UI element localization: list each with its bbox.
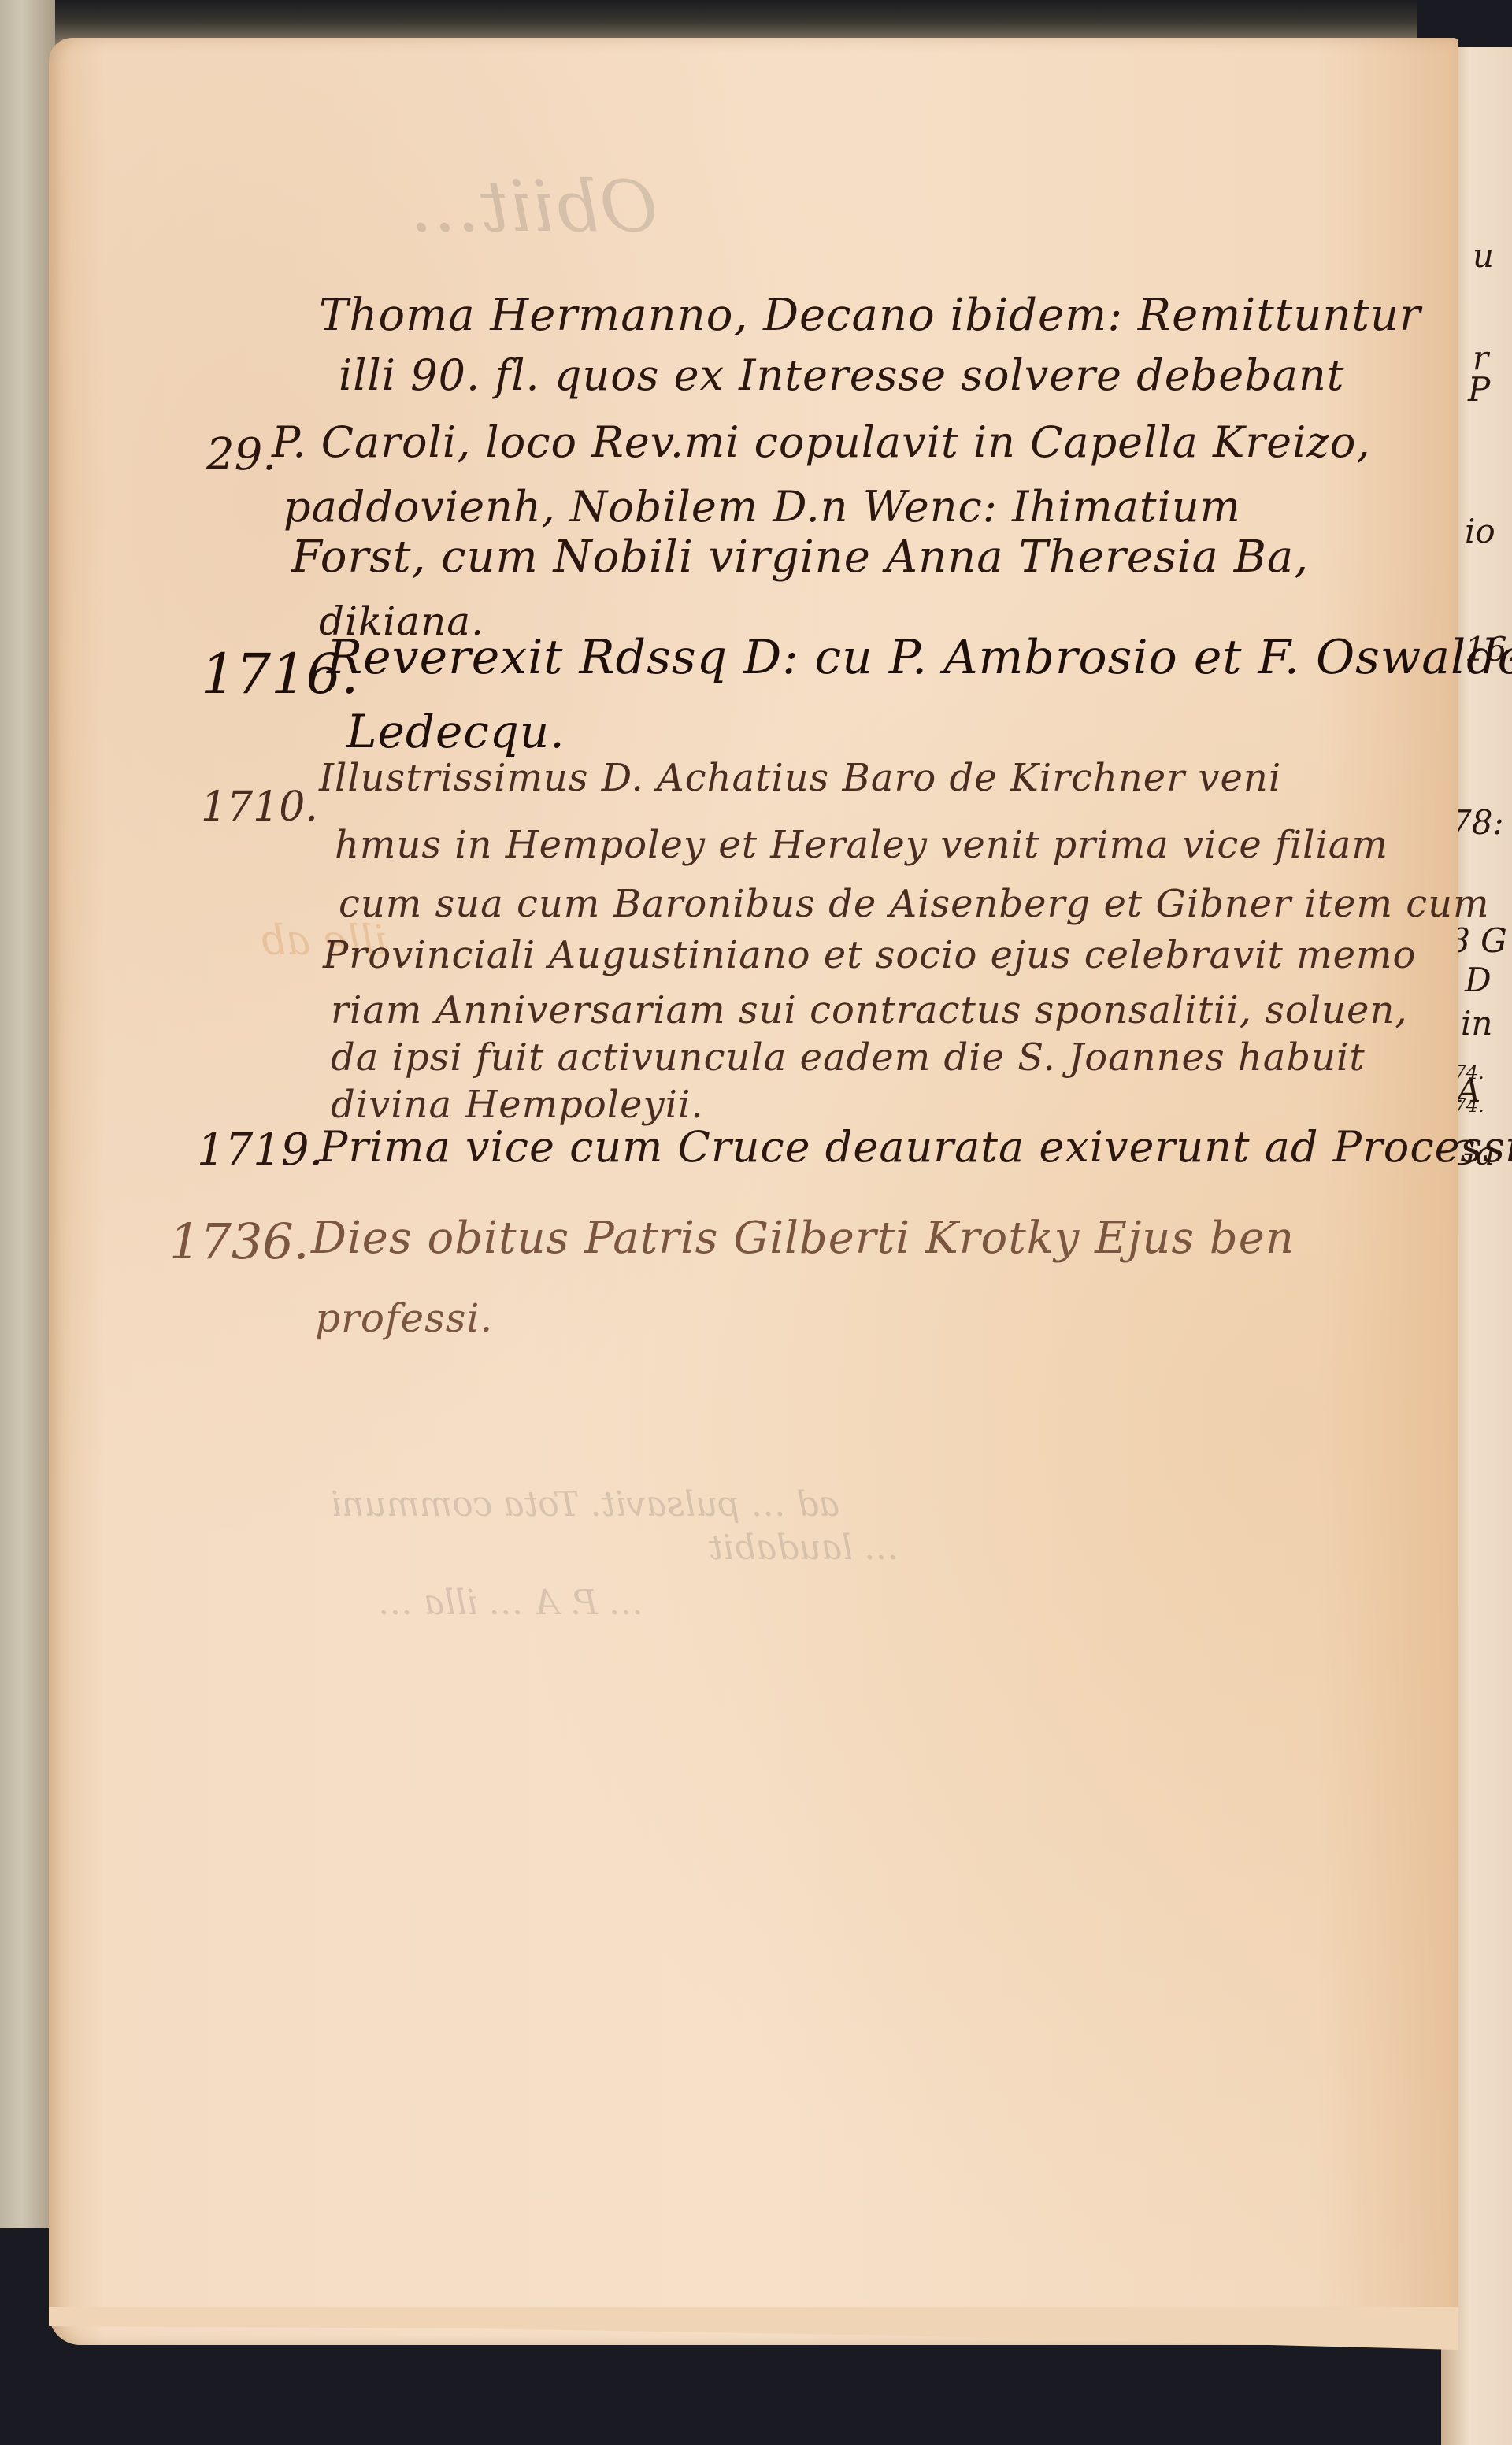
facing-fragment: io <box>1465 512 1495 550</box>
entry-marker: 29. <box>206 429 276 480</box>
text-line: Thoma Hermanno, Decano ibidem: Remittunt… <box>319 290 1421 341</box>
text-line: da ipsi fuit activuncula eadem die S. Jo… <box>331 1035 1366 1080</box>
text-line: paddovienh, Nobilem D.n Wenc: Ihimatium <box>283 482 1241 532</box>
text-line: Illustrissimus D. Achatius Baro de Kirch… <box>319 756 1281 800</box>
facing-fragment: 78: <box>1451 803 1504 842</box>
text-line: Ledecqu. <box>346 705 565 758</box>
bleed-through-text: … laudabit <box>709 1528 899 1568</box>
text-line: hmus in Hempoley et Heraley venit prima … <box>335 823 1388 867</box>
facing-fragment: in <box>1461 1004 1492 1043</box>
entry-marker: 1736. <box>169 1213 309 1270</box>
facing-fragment: P <box>1468 370 1490 409</box>
bleed-through-text: Obiit… <box>409 165 658 248</box>
text-line: riam Anniversariam sui contractus sponsa… <box>331 988 1408 1032</box>
entry-marker: 1719. <box>197 1124 323 1176</box>
facing-fragment: A <box>1457 1071 1480 1110</box>
entry-marker: 1710. <box>201 784 318 831</box>
text-line: Provinciali Augustiniano et socio ejus c… <box>323 933 1416 977</box>
facing-fragment: D <box>1465 961 1492 999</box>
text-line: Prima vice cum Cruce deaurata exiverunt … <box>319 1122 1512 1172</box>
text-line: professi. <box>315 1295 493 1341</box>
text-line: Dies obitus Patris Gilberti Krotky Ejus … <box>311 1213 1295 1264</box>
text-line: divina Hempoleyii. <box>331 1083 704 1127</box>
text-line: Reverexit Rdssq D: cu P. Ambrosio et F. … <box>327 630 1512 685</box>
book-binding-left <box>0 0 55 2228</box>
bleed-through-text: ad … pulsavit. Tota communi <box>331 1484 839 1524</box>
bleed-through-text: … P. A … illa … <box>378 1583 643 1623</box>
text-line: cum sua cum Baronibus de Aisenberg et Gi… <box>339 882 1490 926</box>
text-line: Forst, cum Nobili virgine Anna Theresia … <box>291 532 1309 583</box>
text-line: illi 90. fl. quos ex Interesse solvere d… <box>339 350 1344 400</box>
text-line: P. Caroli, loco Rev.mi copulavit in Cape… <box>272 417 1371 467</box>
facing-fragment: u <box>1473 236 1494 275</box>
